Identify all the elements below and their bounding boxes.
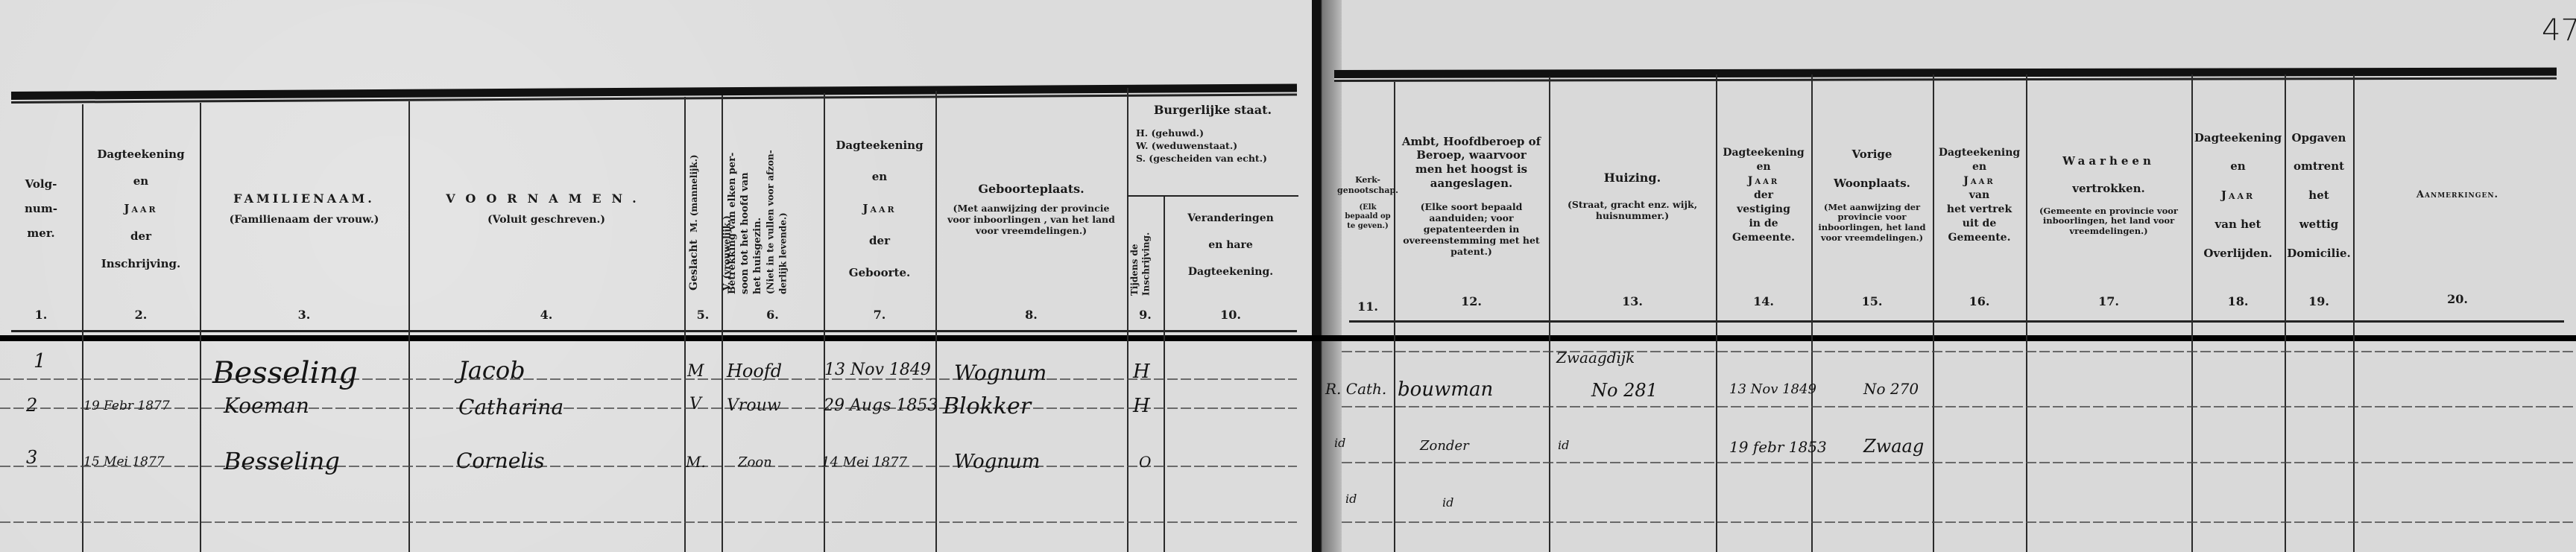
header-text: Dagteekening — [836, 139, 923, 153]
header-col1: Volg- num- mer. — [0, 88, 82, 330]
header-text: der — [130, 229, 151, 244]
header-text: Domicilie. — [2287, 247, 2351, 261]
header-text: Overlijden. — [2203, 247, 2272, 261]
header-text: (Niet in te vullen voor afzon- — [765, 150, 776, 294]
column-number: 1. — [0, 308, 82, 322]
header-text: Dagteekening — [1723, 146, 1804, 160]
header-title: vertrokken. — [2072, 182, 2144, 196]
header-title: Huizing. — [1604, 171, 1661, 185]
header-text: van — [1969, 188, 1989, 203]
header-title: Aanmerkingen. — [2416, 189, 2498, 201]
entry-3-betrekking: Zoon — [738, 454, 772, 470]
header-text: Dagteekening — [1939, 146, 2020, 160]
entry-3-geslacht: M. — [686, 453, 706, 471]
entry-3-beroep: id — [1442, 495, 1453, 510]
header-text: Dagteekening. — [1164, 266, 1298, 278]
header-text: Jaar — [124, 202, 157, 216]
column-number: 8. — [935, 308, 1127, 322]
header-text: en — [133, 174, 148, 188]
header-col13: Huizing. (Straat, gracht enz. wijk, huis… — [1549, 74, 1716, 317]
header-col3: FAMILIENAAM. (Familienaam der vrouw.) — [200, 88, 408, 330]
header-col11: Kerk-genootschap. (Elk bepaald op te gev… — [1342, 82, 1394, 324]
header-text: en hare — [1164, 239, 1298, 251]
header-col19: Opgaven omtrent het wettig Domicilie. — [2285, 74, 2353, 317]
column-number: 18. — [2191, 294, 2285, 308]
col-divider — [684, 97, 686, 552]
header-title: Woonplaats. — [1834, 177, 1910, 191]
header-text: Jaar — [1963, 174, 1995, 188]
header-col4: VOORNAMEN. (Voluit geschreven.) — [408, 88, 684, 330]
column-number: 16. — [1933, 294, 2026, 308]
header-text: Inschrijving. — [1141, 232, 1152, 296]
header-col17: Waarheen vertrokken. (Gemeente en provin… — [2026, 74, 2191, 317]
header-col10: Veranderingen en hare Dagteekening. — [1164, 212, 1298, 278]
entry-3-burgerlijke-staat: O — [1139, 453, 1151, 471]
header-burgerlijke-staat: Burgerlijke staat. H. (gehuwd.) W. (wedu… — [1127, 97, 1298, 194]
header-text: vestiging — [1737, 203, 1790, 217]
header-bottom-rule-right — [1349, 320, 2564, 323]
entry-2-vorige-woonplaats: Zwaag — [1863, 436, 1924, 457]
header-title: Kerk-genootschap. — [1334, 175, 1401, 196]
entry-1-volgnummer: 1 — [34, 350, 46, 372]
header-col14: Dagteekening en Jaar der vestiging in de… — [1716, 74, 1811, 317]
column-number: 15. — [1811, 294, 1933, 308]
header-col15: Vorige Woonplaats. (Met aanwijzing der p… — [1811, 74, 1933, 317]
entry-2-volgnummer: 2 — [26, 395, 37, 416]
entry-3-familienaam: Besseling — [224, 447, 340, 475]
header-text: het vertrek — [1947, 203, 2012, 217]
header-text: Betrekking van elken per- — [727, 153, 738, 294]
column-number: 19. — [2285, 294, 2353, 308]
header-subtitle: (Elk bepaald op te geven.) — [1342, 203, 1394, 232]
header-text: Jaar — [862, 202, 896, 216]
legend-item: H. (gehuwd.) — [1136, 127, 1298, 139]
entry-2-vestiging: 19 febr 1853 — [1729, 438, 1827, 456]
header-text: Jaar — [2221, 188, 2255, 203]
header-text: der — [1754, 188, 1773, 203]
entry-2-betrekking: Vrouw — [727, 396, 781, 415]
entry-2-geboorte: 29 Augs 1853 — [824, 396, 938, 415]
legend-item: W. (weduwenstaat.) — [1136, 140, 1298, 151]
column-number: 20. — [2353, 292, 2562, 306]
header-col7: Dagteekening en Jaar der Geboorte. — [824, 88, 935, 330]
book-gutter — [1312, 0, 1342, 552]
entry-2-huizing-number: id — [1558, 438, 1569, 452]
header-text: uit de — [1963, 217, 1997, 231]
row-rule — [1342, 406, 2576, 407]
entry-1-voornamen: Jacob — [458, 356, 525, 384]
entry-1-betrekking: Hoofd — [727, 361, 782, 381]
header-text: het — [2308, 188, 2329, 203]
header-text: Dagteekening — [2194, 131, 2282, 145]
header-subtitle: (Gemeente en provincie voor inboorlingen… — [2026, 206, 2191, 237]
column-number: 4. — [408, 308, 684, 322]
header-text: en — [1756, 160, 1770, 174]
header-text: omtrent — [2294, 159, 2344, 174]
header-text: Volg- — [25, 177, 57, 191]
header-subtitle: (Voluit geschreven.) — [487, 214, 605, 227]
header-text: mer. — [27, 226, 54, 241]
header-title: FAMILIENAAM. — [233, 191, 375, 206]
header-text: Inschrijving. — [101, 257, 180, 271]
row-rule — [0, 466, 1297, 467]
header-text: en — [2230, 159, 2245, 174]
header-text: Gemeente. — [1948, 231, 2011, 245]
burgerlijke-staat-divider — [1127, 195, 1298, 197]
header-title: VOORNAMEN. — [446, 191, 646, 206]
legend-item: S. (gescheiden van echt.) — [1136, 153, 1298, 164]
entry-1-familienaam: Besseling — [212, 356, 358, 390]
header-text: Veranderingen — [1164, 212, 1298, 224]
header-text: Tijdens de — [1129, 244, 1140, 296]
separator-bar — [0, 335, 2576, 341]
header-col18: Dagteekening en Jaar van het Overlijden. — [2191, 74, 2285, 317]
entry-3-inschrijving: 15 Mei 1877 — [83, 454, 165, 469]
entry-3-voornamen: Cornelis — [456, 448, 545, 473]
header-title: Burgerlijke staat. — [1127, 103, 1298, 117]
header-col16: Dagteekening en Jaar van het vertrek uit… — [1933, 74, 2026, 317]
header-text: soon tot het hoofd van — [739, 172, 751, 294]
entry-2-familienaam: Koeman — [224, 393, 309, 418]
entry-1-beroep: bouwman — [1398, 378, 1493, 401]
column-number: 11. — [1342, 299, 1394, 314]
header-col2: Dagteekening en Jaar der Inschrijving. — [82, 88, 200, 330]
column-number: 5. — [684, 308, 722, 322]
header-col12: Ambt, Hoofdberoep of Beroep, waarvoor me… — [1394, 74, 1549, 317]
entry-1-huizing-number: No 281 — [1591, 380, 1658, 401]
column-number: 6. — [722, 308, 824, 322]
header-title: Vorige — [1852, 147, 1892, 162]
header-title: Ambt, Hoofdberoep of Beroep, waarvoor me… — [1394, 135, 1549, 191]
header-text: Geboorte. — [849, 266, 910, 280]
header-text: derlijk levende.) — [778, 212, 811, 294]
column-number: 14. — [1716, 294, 1811, 308]
entry-2-inschrijving: 19 Febr 1877 — [83, 399, 170, 413]
header-title: Geboorteplaats. — [978, 182, 1084, 197]
header-col9: Tijdens de Inschrijving. — [1129, 210, 1152, 296]
entry-1-geboorteplaats: Wognum — [954, 361, 1046, 385]
row-rule — [0, 521, 1297, 523]
header-text: wettig — [2299, 218, 2339, 232]
entry-2-geslacht: V — [689, 395, 701, 413]
entry-2-kerkgenootschap: id — [1334, 436, 1345, 450]
header-text: van het — [2215, 218, 2261, 232]
column-number: 7. — [824, 308, 935, 322]
row-rule — [0, 378, 1297, 380]
entry-1-kerkgenootschap: R. Cath. — [1325, 380, 1386, 398]
header-text: Dagteekening — [97, 147, 184, 162]
entry-3-geboorteplaats: Wognum — [954, 451, 1040, 473]
header-text: Geslacht — [688, 240, 700, 291]
header-col8: Geboorteplaats. (Met aanwijzing der prov… — [935, 88, 1127, 330]
column-number: 3. — [200, 308, 408, 322]
entry-2-burgerlijke-staat: H — [1133, 395, 1150, 417]
header-col6: Betrekking van elken per- soon tot het h… — [727, 101, 789, 294]
column-number: 9. — [1127, 308, 1164, 322]
header-text: het huisgezin. — [752, 218, 763, 294]
header-col20: Aanmerkingen. — [2353, 74, 2562, 317]
entry-1-burgerlijke-staat: H — [1133, 361, 1150, 383]
entry-3-kerkgenootschap: id — [1345, 492, 1357, 506]
row-rule — [1342, 462, 2576, 463]
entry-1-geslacht: M — [687, 362, 704, 381]
header-text: num- — [25, 202, 57, 216]
header-text: Opgaven — [2292, 131, 2346, 145]
header-text: en — [1972, 160, 1986, 174]
column-number: 13. — [1549, 294, 1716, 308]
header-title: Waarheen — [2062, 154, 2155, 168]
header-subtitle: (Straat, gracht enz. wijk, huisnummer.) — [1549, 199, 1716, 221]
header-subtitle: (Familienaam der vrouw.) — [230, 214, 379, 227]
entry-1-huizing-street: Zwaagdijk — [1556, 349, 1635, 367]
header-subtitle: (Met aanwijzing der provincie voor inboo… — [1811, 203, 1933, 244]
entry-3-volgnummer: 3 — [26, 447, 37, 468]
entry-3-geboorte: 14 Mei 1877 — [821, 454, 907, 470]
row-rule — [0, 407, 1297, 409]
column-number: 2. — [82, 308, 200, 322]
page-number: 47 — [2542, 13, 2576, 48]
header-text: Jaar — [1748, 174, 1779, 188]
row-rule — [1342, 521, 2576, 523]
entry-1-geboorte: 13 Nov 1849 — [824, 361, 931, 379]
header-text: en — [872, 170, 887, 184]
column-number: 12. — [1394, 294, 1549, 308]
column-number: 17. — [2026, 294, 2191, 308]
entry-1-vorige-woonplaats: No 270 — [1863, 380, 1919, 398]
row-rule — [1342, 351, 2576, 352]
header-text: M. (mannelijk.) — [689, 154, 699, 232]
entry-1-vestiging: 13 Nov 1849 — [1729, 381, 1816, 397]
header-text: Gemeente. — [1732, 231, 1795, 245]
entry-2-voornamen: Catharina — [458, 395, 563, 419]
entry-2-beroep: Zonder — [1420, 438, 1469, 454]
header-text: in de — [1749, 217, 1778, 231]
header-text: der — [869, 234, 890, 248]
header-subtitle: (Met aanwijzing der provincie voor inboo… — [935, 203, 1127, 236]
entry-2-geboorteplaats: Blokker — [943, 393, 1031, 419]
header-subtitle: (Elke soort bepaald aanduiden; voor gepa… — [1394, 201, 1549, 257]
header-bottom-rule-left — [11, 330, 1297, 332]
column-number: 10. — [1164, 308, 1298, 322]
